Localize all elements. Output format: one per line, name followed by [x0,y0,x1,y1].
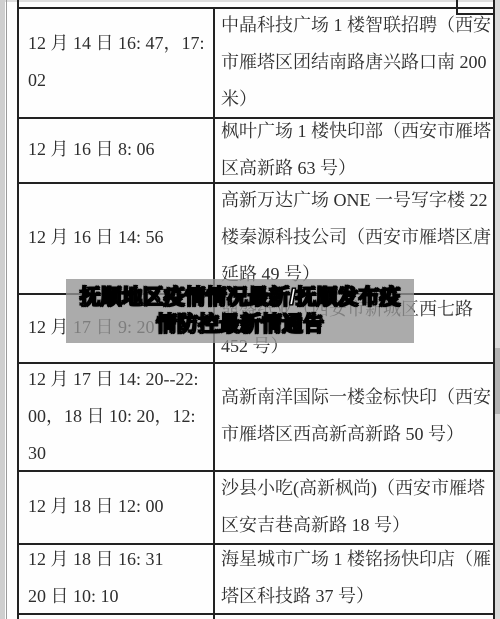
place-text: 沙县小吃(高新枫尚)（西安市雁塔区安吉巷高新路 18 号） [221,472,491,541]
time-text: 12 月 18 日 12: 00 [28,488,164,525]
table-row: 12 月 16 日 8: 06 枫叶广场 1 楼快印部（西安市雁塔区高新路 63… [19,119,493,180]
scanned-notice-page: 12 月 14 日 16: 47，17: 02 中晶科技广场 1 楼智联招聘（西… [0,0,500,619]
page-right-margin [495,0,500,619]
place-cell: 枫叶广场 1 楼快印部（西安市雁塔区高新路 63 号） [213,119,493,180]
place-text: 枫叶广场 1 楼快印部（西安市雁塔区高新路 63 号） [221,119,491,180]
page-top-margin [0,0,500,2]
page-edge-line [6,0,7,619]
time-text: 12 月 18 日 16: 31 20 日 10: 10 [28,545,164,611]
table-row: 12 月 18 日 16: 31 20 日 10: 10 海星城市广场 1 楼铭… [19,545,493,611]
time-text: 12 月 17 日 14: 20--22: 00，18 日 10: 20，12:… [28,364,199,468]
scrollbar-thumb[interactable] [495,348,500,414]
time-text: 12 月 14 日 16: 47，17: 02 [28,25,205,99]
place-cell: 中晶科技广场 1 楼智联招聘（西安市雁塔区团结南路唐兴路口南 200 米） [213,9,493,115]
time-cell: 12 月 16 日 8: 06 [19,119,213,180]
place-cell: 沙县小吃(高新枫尚)（西安市雁塔区安吉巷高新路 18 号） [213,472,493,541]
table-row: 12 月 14 日 16: 47，17: 02 中晶科技广场 1 楼智联招聘（西… [19,9,493,115]
place-text: 高新南洋国际一楼金标快印（西安市雁塔区西高新高新路 50 号） [221,379,491,453]
watermark-line-2: 情防控最新情通告 [156,311,324,338]
table-row: 12 月 16 日 14: 56 高新万达广场 ONE 一号写字楼 22 楼秦源… [19,184,493,291]
time-cell: 12 月 14 日 16: 47，17: 02 [19,9,213,115]
table-row: 12 月 18 日 12: 00 沙县小吃(高新枫尚)（西安市雁塔区安吉巷高新路… [19,472,493,541]
table-border-line [17,613,495,615]
time-text: 12 月 16 日 14: 56 [28,219,164,256]
watermark-overlay: 抚顺地区疫情情况最新/抚顺发布疫 情防控最新情通告 [66,279,414,343]
place-cell: 海星城市广场 1 楼铭扬快印店（雁塔区科技路 37 号） [213,545,493,611]
watermark-line-1: 抚顺地区疫情情况最新/抚顺发布疫 [80,284,401,311]
time-cell: 12 月 16 日 14: 56 [19,184,213,291]
page-left-margin [0,0,5,619]
time-cell: 12 月 17 日 14: 20--22: 00，18 日 10: 20，12:… [19,364,213,468]
time-cell: 12 月 18 日 12: 00 [19,472,213,541]
place-text: 高新万达广场 ONE 一号写字楼 22 楼秦源科技公司（西安市雁塔区唐延路 49… [221,184,491,291]
time-text: 12 月 16 日 8: 06 [28,131,155,168]
table-row: 12 月 17 日 14: 20--22: 00，18 日 10: 20，12:… [19,364,493,468]
time-cell: 12 月 18 日 16: 31 20 日 10: 10 [19,545,213,611]
place-text: 海星城市广场 1 楼铭扬快印店（雁塔区科技路 37 号） [221,545,491,611]
table-right-border [493,0,495,619]
place-cell: 高新南洋国际一楼金标快印（西安市雁塔区西高新高新路 50 号） [213,364,493,468]
place-cell: 高新万达广场 ONE 一号写字楼 22 楼秦源科技公司（西安市雁塔区唐延路 49… [213,184,493,291]
place-text: 中晶科技广场 1 楼智联招聘（西安市雁塔区团结南路唐兴路口南 200 米） [221,9,491,115]
